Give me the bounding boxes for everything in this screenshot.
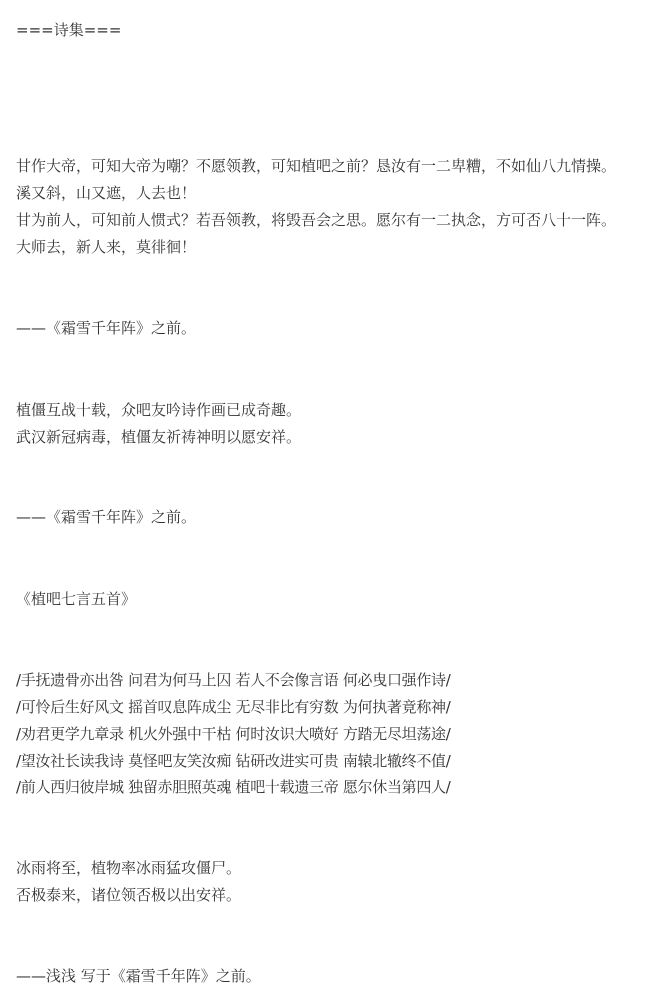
paragraph-line: 大师去，新人来，莫徘徊！ [16,237,196,257]
poem-line: /劝君更学九章录 机火外强中干枯 何时汝识大喷好 方踏无尽坦荡途/ [16,724,451,744]
paragraph-line: 甘为前人，可知前人惯式？若吾领教，将毁吾会之思。愿尔有一二执念，方可否八十一阵。 [16,210,616,230]
poem-title: 《植吧七言五首》 [16,589,136,609]
paragraph-line: 溪又斜，山又遮，人去也！ [16,183,196,203]
paragraph-line: 甘作大帝，可知大帝为嘲？不愿领教，可知植吧之前？恳汝有一二卑糟，不如仙八九情操。 [16,156,616,176]
paragraph-line: 植僵互战十载，众吧友吟诗作画已成奇趣。 [16,400,301,420]
signature: ——《霜雪千年阵》之前。 [16,507,196,527]
poem-line: /可怜后生好风文 摇首叹息阵成尘 无尽非比有穷数 为何执著竟称神/ [16,697,451,717]
poem-line: /前人西归彼岸城 独留赤胆照英魂 植吧十载遗三帝 愿尔休当第四人/ [16,777,451,797]
paragraph-line: 武汉新冠病毒，植僵友祈祷神明以愿安祥。 [16,427,301,447]
paragraph-line: 否极泰来，诸位领否极以出安祥。 [16,885,241,905]
signature: ——浅浅 写于《霜雪千年阵》之前。 [16,966,261,986]
paragraph-line: 冰雨将至，植物率冰雨猛攻僵尸。 [16,858,241,878]
signature: ——《霜雪千年阵》之前。 [16,318,196,338]
document-title: ===诗集=== [16,20,121,40]
poem-line: /手抚遗骨亦出咎 问君为何马上囚 若人不会像言语 何必曳口强作诗/ [16,670,451,690]
poem-line: /望汝社长读我诗 莫怪吧友笑汝痴 钻研改进实可贵 南辕北辙终不值/ [16,751,451,771]
